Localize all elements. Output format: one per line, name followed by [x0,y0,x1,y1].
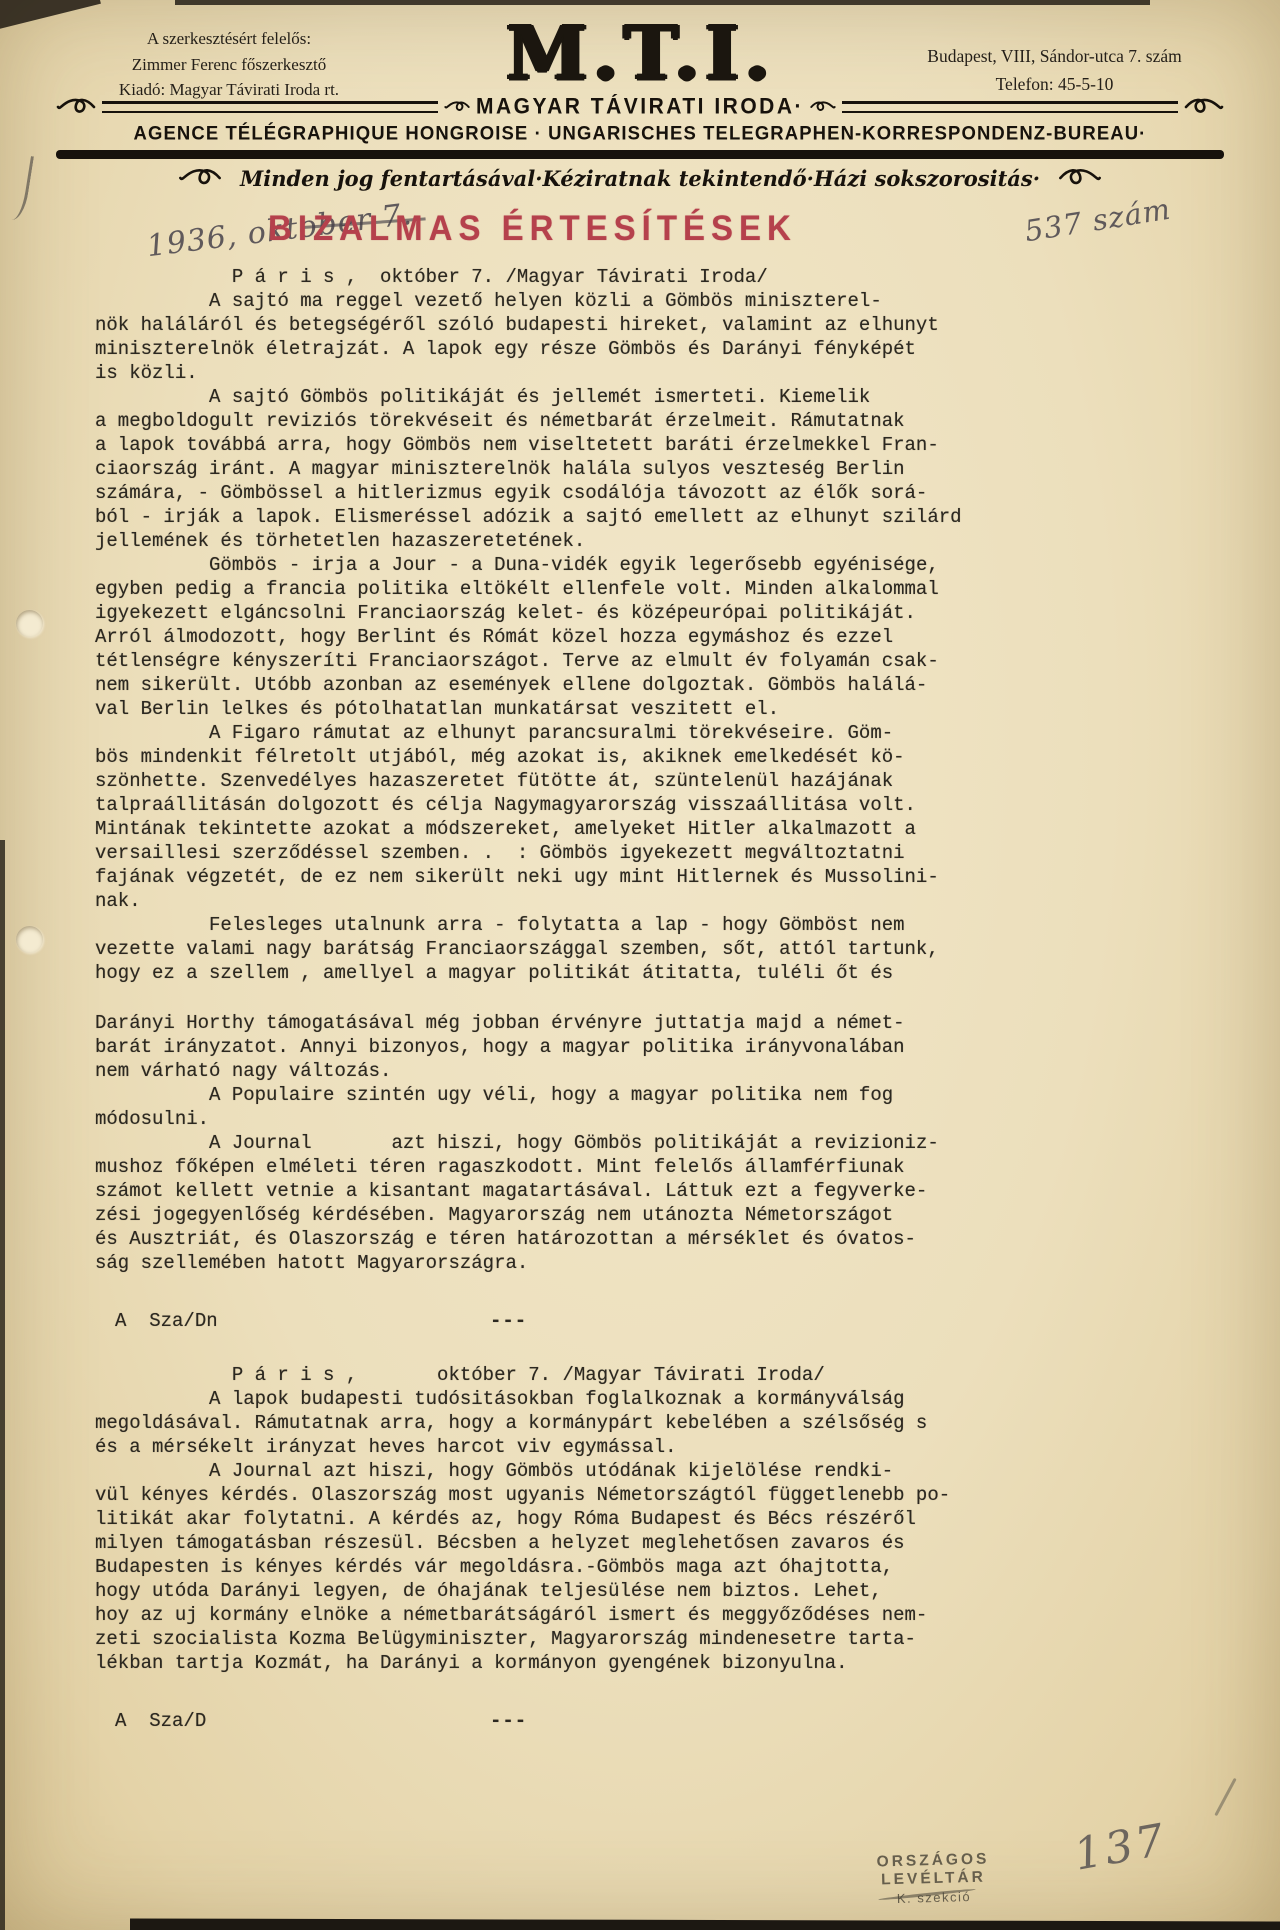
paragraph: A lapok budapesti tudósitásokban foglalk… [95,1387,1003,1459]
paragraph: Darányi Horthy támogatásával még jobban … [95,1011,1003,1083]
signature-row: A Sza/Dn --- [95,1309,1003,1333]
scroll-ornament-icon [810,99,836,115]
paragraph: Gömbös - irja a Jour - a Duna-vidék egyi… [95,553,1003,721]
paragraph: A Figaro rámutat az elhunyt parancsuralm… [95,721,1003,913]
mti-logo: M.T.I. [394,16,887,94]
document-body: P á r i s , október 7. /Magyar Távirati … [95,265,1003,1733]
publisher-line: Zimmer Ferenc főszerkesztő [64,52,394,78]
separator-dashes: --- [490,1309,527,1333]
scroll-ornament-icon [56,96,96,118]
phone-line: Telefon: 45-5-10 [887,70,1222,98]
rights-notice: Minden jog fentartásával·Kéziratnak teki… [240,166,1040,191]
paragraph: A Journal azt hiszi, hogy Gömbös politik… [95,1131,1003,1275]
archive-stamp: ORSZÁGOS LEVÉLTÁR K. szekció [825,1849,1041,1908]
scroll-ornament-icon [172,166,228,190]
scroll-ornament-icon [1184,96,1224,118]
contact-info: Budapest, VIII, Sándor-utca 7. szám Tele… [887,26,1222,98]
paragraph: A sajtó ma reggel vezető helyen közli a … [95,289,1003,385]
agency-name-intl: AGENCE TÉLÉGRAPHIQUE HONGROISE · UNGARIS… [0,121,1280,144]
dateline: P á r i s , október 7. /Magyar Távirati … [95,265,1003,289]
document-page: A szerkesztésért felelős: Zimmer Ferenc … [0,0,1280,1930]
paragraph: A sajtó Gömbös politikáját és jellemét i… [95,385,1003,553]
document-title: BIZALMAS ÉRTESÍTÉSEK [268,207,797,248]
handwritten-issue-number: 537 szám [1023,191,1174,248]
scroll-ornament-icon [444,99,470,115]
paragraph: Felesleges utalnunk arra - folytatta a l… [95,913,1003,985]
agency-name-hu: MAGYAR TÁVIRATI IRODA· [476,94,804,119]
dateline: P á r i s , október 7. /Magyar Távirati … [95,1363,1003,1387]
rule [842,101,1178,113]
archive-stamp-line2: K. szekció [826,1887,1041,1908]
pencil-mark-corner [1214,1778,1236,1816]
dispatch-section: P á r i s , október 7. /Magyar Távirati … [95,265,1003,1333]
archive-stamp-line1: ORSZÁGOS LEVÉLTÁR [825,1849,1041,1891]
scan-edge-left [0,840,5,1930]
banner: MAGYAR TÁVIRATI IRODA· AGENCE TÉLÉGRAPHI… [0,95,1280,191]
mti-logo-text: M.T.I. [506,11,775,97]
paragraph: A Journal azt hiszi, hogy Gömbös utódána… [95,1459,1003,1675]
publisher-line: A szerkesztésért felelős: [64,26,394,52]
signature-code: A Sza/Dn [115,1309,218,1333]
publisher-info: A szerkesztésért felelős: Zimmer Ferenc … [64,26,394,103]
thick-rule [56,150,1224,159]
hole-punch-icon [16,926,43,953]
scan-edge-bottom [130,1918,1280,1930]
signature-row: A Sza/D --- [95,1709,1003,1733]
hole-punch-icon [16,610,43,637]
signature-code: A Sza/D [115,1709,206,1733]
separator-dashes: --- [490,1709,527,1733]
handwritten-page-number: 137 [1070,1814,1170,1880]
letterhead: A szerkesztésért felelős: Zimmer Ferenc … [0,0,1280,103]
rule [102,101,438,113]
dispatch-section: P á r i s , október 7. /Magyar Távirati … [95,1363,1003,1733]
rights-row: Minden jog fentartásával·Kéziratnak teki… [0,166,1280,191]
title-row: 1936, oktober 7. BIZALMAS ÉRTESÍTÉSEK 53… [0,205,1280,257]
publisher-line: Kiadó: Magyar Távirati Iroda rt. [64,77,394,103]
scroll-ornament-icon [1052,166,1108,190]
address-line: Budapest, VIII, Sándor-utca 7. szám [887,42,1222,70]
paragraph: A Populaire szintén ugy véli, hogy a mag… [95,1083,1003,1131]
scan-edge-top [175,0,1150,5]
